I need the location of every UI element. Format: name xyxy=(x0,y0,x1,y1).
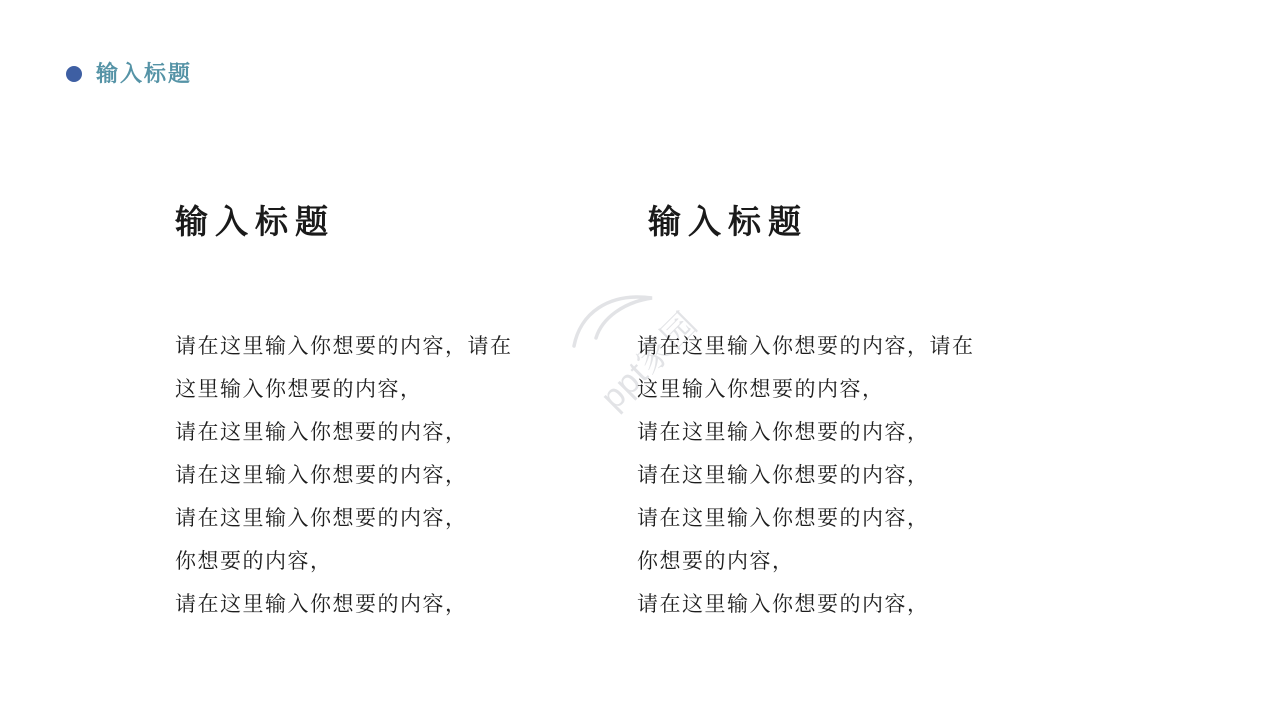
body-line: 请在这里输入你想要的内容，请在 xyxy=(175,325,513,368)
column-left-heading: 输入标题 xyxy=(175,202,605,242)
presentation-slide: 输入标题 ppt家园 输入标题 请在这里输入你想要的内容，请在 这里输入你想要的… xyxy=(0,0,1280,720)
column-right-heading: 输入标题 xyxy=(637,202,1067,242)
body-line: 请在这里输入你想要的内容， xyxy=(175,583,513,626)
body-line: 请在这里输入你想要的内容， xyxy=(175,454,513,497)
body-line: 请在这里输入你想要的内容，请在 xyxy=(637,325,975,368)
column-left-body: 请在这里输入你想要的内容，请在 这里输入你想要的内容， 请在这里输入你想要的内容… xyxy=(175,325,513,626)
body-line: 请在这里输入你想要的内容， xyxy=(637,411,975,454)
content-column-right: 输入标题 请在这里输入你想要的内容，请在 这里输入你想要的内容， 请在这里输入你… xyxy=(637,202,1067,642)
body-line: 你想要的内容， xyxy=(637,540,975,583)
content-column-left: 输入标题 请在这里输入你想要的内容，请在 这里输入你想要的内容， 请在这里输入你… xyxy=(175,202,605,642)
slide-title: 输入标题 xyxy=(96,61,192,87)
body-line: 请在这里输入你想要的内容， xyxy=(175,497,513,540)
slide-header: 输入标题 xyxy=(66,61,192,87)
body-line: 这里输入你想要的内容， xyxy=(637,368,975,411)
column-right-body: 请在这里输入你想要的内容，请在 这里输入你想要的内容， 请在这里输入你想要的内容… xyxy=(637,325,975,626)
body-line: 请在这里输入你想要的内容， xyxy=(637,497,975,540)
body-line: 你想要的内容， xyxy=(175,540,513,583)
body-line: 请在这里输入你想要的内容， xyxy=(175,411,513,454)
body-line: 这里输入你想要的内容， xyxy=(175,368,513,411)
bullet-dot-icon xyxy=(66,66,82,82)
body-line: 请在这里输入你想要的内容， xyxy=(637,454,975,497)
body-line: 请在这里输入你想要的内容， xyxy=(637,583,975,626)
